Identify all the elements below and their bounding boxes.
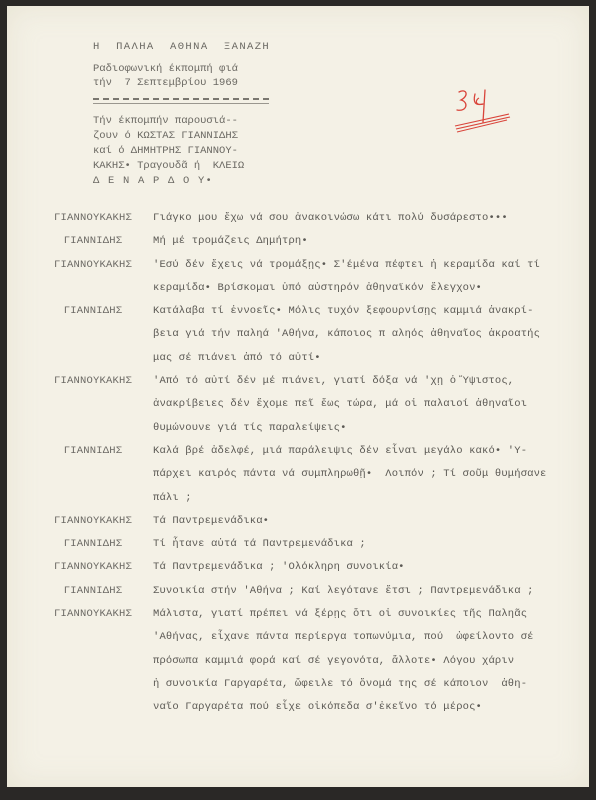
speaker-name: ΓΙΑΝΝΟΥΚΑΚΗΣ: [37, 515, 149, 527]
dialogue-text: πάλι ;: [153, 492, 192, 504]
intro-line-2: ζουν ό ΚΩΣΤΑΣ ΓΙΑΝΝΙΔΗΣ: [93, 129, 283, 144]
dialogue-text: Μή μέ τρομάζεις Δημήτρη•: [153, 235, 308, 247]
speaker-name: ΓΙΑΝΝΟΥΚΑΚΗΣ: [37, 259, 149, 271]
dialogue-line: ΓΙΑΝΝΟΥΚΑΚΗΣ'Εσύ δέν ἔχεις νά τρομάξῃς• …: [7, 259, 589, 282]
intro-line-1: Τήν έκπομπήν παρουσιά--: [93, 114, 283, 129]
dialogue-line: κεραμίδα• Βρίσκομαι ὑπό αὐστηρόν ἀθηναϊκ…: [7, 282, 589, 305]
intro-line-5: Δ Ε Ν Α Ρ Δ Ο Υ•: [93, 174, 283, 189]
dialogue-line: ἀνακρίβειες δέν ἔχομε πεῖ ἕως τώρα, μά ο…: [7, 398, 589, 421]
dialogue-line: πάλι ;: [7, 492, 589, 515]
dialogue-line: ναῖο Γαργαρέτα πού εἶχε οἰκόπεδα σ'ἐκεῖν…: [7, 701, 589, 724]
dialogue-text: Κατάλαβα τί ἐννοεῖς• Μόλις τυχόν ξεφουρν…: [153, 305, 534, 317]
speaker-name: ΓΙΑΝΝΟΥΚΑΚΗΣ: [37, 608, 149, 620]
dialogue-text: μας σέ πιάνει ἀπό τό αὐτί•: [153, 352, 321, 364]
dialogue-text: πάρχει καιρός πάντα νά συμπληρωθῇ• Λοιπό…: [153, 468, 547, 480]
program-subtitle-line-2: τήν 7 Σεπτεμβρίου 1969: [93, 76, 283, 90]
dialogue-line: 'Αθήνας, εἶχανε πάντα περίεργα τοπωνύμια…: [7, 631, 589, 654]
dialogue-text: Μάλιστα, γιατί πρέπει νά ξέρῃς ὅτι οἱ συ…: [153, 608, 527, 620]
dialogue-text: ναῖο Γαργαρέτα πού εἶχε οἰκόπεδα σ'ἐκεῖν…: [153, 701, 482, 713]
speaker-name: ΓΙΑΝΝΙΔΗΣ: [37, 585, 149, 597]
speaker-name: ΓΙΑΝΝΙΔΗΣ: [37, 235, 149, 247]
program-title: Η ΠΑΛΗΑ ΑΘΗΝΑ ΞΑΝΑΖΗ: [93, 40, 283, 54]
dialogue-text: Γιάγκο μου ἔχω νά σου ἀνακοινώσω κάτι πο…: [153, 212, 508, 224]
dialogue-text: 'Αθήνας, εἶχανε πάντα περίεργα τοπωνύμια…: [153, 631, 534, 643]
dialogue-text: Καλά βρέ ἀδελφέ, μιά παράλειψις δέν εἶνα…: [153, 445, 527, 457]
header-divider: [93, 98, 269, 104]
speaker-name: ΓΙΑΝΝΟΥΚΑΚΗΣ: [37, 561, 149, 573]
dialogue-text: Τά Παντρεμενάδικα ; 'Ολόκληρη συνοικία•: [153, 561, 405, 573]
dialogue-line: ΓΙΑΝΝΟΥΚΑΚΗΣΤά Παντρεμενάδικα ; 'Ολόκληρ…: [7, 561, 589, 584]
dialogue-line: ΓΙΑΝΝΟΥΚΑΚΗΣΤά Παντρεμενάδικα•: [7, 515, 589, 538]
dialogue-text: βεια γιά τήν παληά 'Αθήνα, κάποιος π αλη…: [153, 328, 540, 340]
dialogue-line: ἡ συνοικία Γαργαρέτα, ὤφειλε τό ὄνομά τη…: [7, 678, 589, 701]
dialogue-line: πρόσωπα καμμιά φορά καί σέ γεγονότα, ἄλλ…: [7, 655, 589, 678]
intro-line-3: καί ό ΔΗΜΗΤΡΗΣ ΓΙΑΝΝΟΥ-: [93, 144, 283, 159]
dialogue-text: 'Από τό αὐτί δέν μέ πιάνει, γιατί δόξα ν…: [153, 375, 514, 387]
typewritten-page: Η ΠΑΛΗΑ ΑΘΗΝΑ ΞΑΝΑΖΗ Ραδιοφωνική έκπομπή…: [7, 6, 589, 787]
handwritten-34-icon: [453, 86, 523, 136]
dialogue-line: ΓΙΑΝΝΙΔΗΣΣυνοικία στήν 'Αθήνα ; Καί λεγό…: [7, 585, 589, 608]
dialogue-text: ἀνακρίβειες δέν ἔχομε πεῖ ἕως τώρα, μά ο…: [153, 398, 527, 410]
dialogue-text: Τί ἦτανε αὐτά τά Παντρεμενάδικα ;: [153, 538, 366, 550]
dialogue-line: ΓΙΑΝΝΙΔΗΣΚαλά βρέ ἀδελφέ, μιά παράλειψις…: [7, 445, 589, 468]
dialogue-text: θυμώνουνε γιά τίς παραλείψεις•: [153, 422, 347, 434]
dialogue-line: ΓΙΑΝΝΟΥΚΑΚΗΣΜάλιστα, γιατί πρέπει νά ξέρ…: [7, 608, 589, 631]
speaker-name: ΓΙΑΝΝΙΔΗΣ: [37, 538, 149, 550]
document-header: Η ΠΑΛΗΑ ΑΘΗΝΑ ΞΑΝΑΖΗ Ραδιοφωνική έκπομπή…: [93, 40, 283, 189]
handwritten-page-number: [453, 86, 523, 136]
dialogue-text: πρόσωπα καμμιά φορά καί σέ γεγονότα, ἄλλ…: [153, 655, 514, 667]
dialogue-text: Τά Παντρεμενάδικα•: [153, 515, 269, 527]
dialogue-line: ΓΙΑΝΝΟΥΚΑΚΗΣΓιάγκο μου ἔχω νά σου ἀνακοι…: [7, 212, 589, 235]
dialogue-line: θυμώνουνε γιά τίς παραλείψεις•: [7, 422, 589, 445]
dialogue-line: ΓΙΑΝΝΟΥΚΑΚΗΣ'Από τό αὐτί δέν μέ πιάνει, …: [7, 375, 589, 398]
speaker-name: ΓΙΑΝΝΟΥΚΑΚΗΣ: [37, 375, 149, 387]
dialogue-line: ΓΙΑΝΝΙΔΗΣΚατάλαβα τί ἐννοεῖς• Μόλις τυχό…: [7, 305, 589, 328]
dialogue-line: ΓΙΑΝΝΙΔΗΣΤί ἦτανε αὐτά τά Παντρεμενάδικα…: [7, 538, 589, 561]
speaker-name: ΓΙΑΝΝΙΔΗΣ: [37, 305, 149, 317]
dialogue-line: ΓΙΑΝΝΙΔΗΣΜή μέ τρομάζεις Δημήτρη•: [7, 235, 589, 258]
dialogue-line: βεια γιά τήν παληά 'Αθήνα, κάποιος π αλη…: [7, 328, 589, 351]
speaker-name: ΓΙΑΝΝΙΔΗΣ: [37, 445, 149, 457]
dialogue-text: 'Εσύ δέν ἔχεις νά τρομάξῃς• Σ'έμένα πέφτ…: [153, 259, 540, 271]
speaker-name: ΓΙΑΝΝΟΥΚΑΚΗΣ: [37, 212, 149, 224]
program-subtitle-line-1: Ραδιοφωνική έκπομπή φιά: [93, 62, 283, 76]
intro-line-4: ΚΑΚΗΣ• Τραγουδᾶ ή ΚΛΕΙΩ: [93, 159, 283, 174]
dialogue-text: ἡ συνοικία Γαργαρέτα, ὤφειλε τό ὄνομά τη…: [153, 678, 527, 690]
dialogue-text: κεραμίδα• Βρίσκομαι ὑπό αὐστηρόν ἀθηναϊκ…: [153, 282, 482, 294]
dialogue-line: πάρχει καιρός πάντα νά συμπληρωθῇ• Λοιπό…: [7, 468, 589, 491]
dialogue-script: ΓΙΑΝΝΟΥΚΑΚΗΣΓιάγκο μου ἔχω νά σου ἀνακοι…: [7, 212, 589, 725]
dialogue-line: μας σέ πιάνει ἀπό τό αὐτί•: [7, 352, 589, 375]
dialogue-text: Συνοικία στήν 'Αθήνα ; Καί λεγότανε ἔτσι…: [153, 585, 534, 597]
